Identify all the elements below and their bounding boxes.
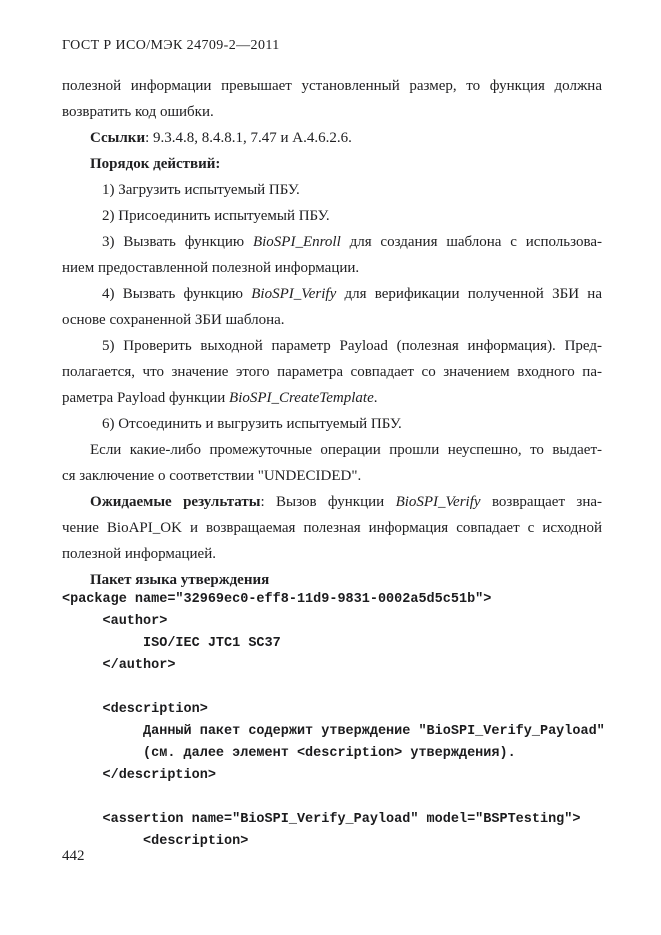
text-line: Если какие-либо промежуточные операции п…: [62, 437, 602, 463]
text-run: 5) Проверить выходной параметр Payload (…: [102, 338, 602, 354]
text-run: раметра Payload функции: [62, 390, 229, 406]
text-line: 5) Проверить выходной параметр Payload (…: [62, 333, 602, 359]
text-run: BioSPI_CreateTemplate: [229, 390, 374, 406]
code-line: <description>: [62, 831, 622, 853]
paragraph-expected-results: Ожидаемые результаты: Вызов функции BioS…: [62, 489, 602, 567]
text-line: полезной информации превышает установлен…: [62, 73, 602, 99]
text-run: Данный пакет содержит утверждение "BioSP…: [62, 724, 605, 739]
assertion-code-block: <package name="32969ec0-eff8-11d9-9831-0…: [62, 589, 622, 853]
text-run: Если какие-либо промежуточные операции п…: [90, 442, 602, 458]
text-run: полезной информацией.: [62, 546, 216, 562]
text-line: 4) Вызвать функцию BioSPI_Verify для вер…: [62, 281, 602, 307]
code-line: <description>: [62, 699, 622, 721]
text-run: для верификации полученной ЗБИ на: [336, 286, 602, 302]
list-item-4: 4) Вызвать функцию BioSPI_Verify для вер…: [62, 281, 602, 333]
text-run: 3) Вызвать функцию: [102, 234, 253, 250]
text-run: основе сохраненной ЗБИ шаблона.: [62, 312, 285, 328]
text-run: BioSPI_Verify: [251, 286, 336, 302]
text-run: чение BioAPI_OK и возвращаемая полезная …: [62, 520, 602, 536]
text-line: Ссылки: 9.3.4.8, 8.4.8.1, 7.47 и А.4.6.2…: [62, 125, 602, 151]
text-run: Порядок действий:: [90, 156, 220, 172]
code-line: <author>: [62, 611, 622, 633]
code-line: [62, 677, 622, 699]
text-run: <package name="32969ec0-eff8-11d9-9831-0…: [62, 592, 491, 607]
text-line: 1) Загрузить испытуемый ПБУ.: [62, 177, 602, 203]
text-line: нием предоставленной полезной информации…: [62, 255, 602, 281]
text-run: </author>: [62, 658, 175, 673]
text-run: BioSPI_Enroll: [253, 234, 341, 250]
text-line: ся заключение о соответствии "UNDECIDED"…: [62, 463, 602, 489]
text-line: полезной информацией.: [62, 541, 602, 567]
list-item-5: 5) Проверить выходной параметр Payload (…: [62, 333, 602, 411]
text-run: BioSPI_Verify: [396, 494, 481, 510]
text-run: <author>: [62, 614, 167, 629]
text-line: Порядок действий:: [62, 151, 602, 177]
code-line: [62, 787, 622, 809]
text-run: полезной информации превышает установлен…: [62, 78, 602, 94]
text-run: ся заключение о соответствии "UNDECIDED"…: [62, 468, 361, 484]
text-run: .: [374, 390, 378, 406]
text-run: Пакет языка утверждения: [90, 572, 269, 588]
text-line: Ожидаемые результаты: Вызов функции BioS…: [62, 489, 602, 515]
paragraph-references: Ссылки: 9.3.4.8, 8.4.8.1, 7.47 и А.4.6.2…: [62, 125, 602, 151]
text-run: <assertion name="BioSPI_Verify_Payload" …: [62, 812, 580, 827]
text-run: 6) Отсоединить и выгрузить испытуемый ПБ…: [102, 416, 402, 432]
text-line: 3) Вызвать функцию BioSPI_Enroll для соз…: [62, 229, 602, 255]
code-line: <assertion name="BioSPI_Verify_Payload" …: [62, 809, 622, 831]
text-run: <description>: [62, 702, 208, 717]
text-run: 1) Загрузить испытуемый ПБУ.: [102, 182, 300, 198]
code-line: </description>: [62, 765, 622, 787]
code-line: ISO/IEC JTC1 SC37: [62, 633, 622, 655]
text-run: ISO/IEC JTC1 SC37: [62, 636, 281, 651]
text-line: полагается, что значение этого параметра…: [62, 359, 602, 385]
text-run: Ссылки: [90, 130, 145, 146]
paragraph-error-code: полезной информации превышает установлен…: [62, 73, 602, 125]
text-run: полагается, что значение этого параметра…: [62, 364, 602, 380]
text-run: : 9.3.4.8, 8.4.8.1, 7.47 и А.4.6.2.6.: [145, 130, 352, 146]
text-line: раметра Payload функции BioSPI_CreateTem…: [62, 385, 602, 411]
text-line: 2) Присоединить испытуемый ПБУ.: [62, 203, 602, 229]
text-run: возвращает зна-: [481, 494, 602, 510]
text-line: возвратить код ошибки.: [62, 99, 602, 125]
standard-designation: ГОСТ Р ИСО/МЭК 24709-2—2011: [62, 38, 280, 54]
list-item-3: 3) Вызвать функцию BioSPI_Enroll для соз…: [62, 229, 602, 281]
text-run: нием предоставленной полезной информации…: [62, 260, 359, 276]
list-item-1: 1) Загрузить испытуемый ПБУ.: [62, 177, 602, 203]
document-body: полезной информации превышает установлен…: [62, 73, 602, 593]
text-run: для создания шаблона с использова-: [341, 234, 602, 250]
text-run: возвратить код ошибки.: [62, 104, 214, 120]
text-run: 2) Присоединить испытуемый ПБУ.: [102, 208, 330, 224]
code-line: <package name="32969ec0-eff8-11d9-9831-0…: [62, 589, 622, 611]
text-line: чение BioAPI_OK и возвращаемая полезная …: [62, 515, 602, 541]
text-line: 6) Отсоединить и выгрузить испытуемый ПБ…: [62, 411, 602, 437]
text-run: 4) Вызвать функцию: [102, 286, 251, 302]
code-line: (см. далее элемент <description> утвержд…: [62, 743, 622, 765]
text-run: Ожидаемые результаты: [90, 494, 260, 510]
page-number: 442: [62, 848, 85, 865]
text-run: <description>: [62, 834, 248, 849]
heading-procedure: Порядок действий:: [62, 151, 602, 177]
list-item-6: 6) Отсоединить и выгрузить испытуемый ПБ…: [62, 411, 602, 437]
code-line: </author>: [62, 655, 622, 677]
text-run: </description>: [62, 768, 216, 783]
text-run: : Вызов функции: [260, 494, 395, 510]
document-page: ГОСТ Р ИСО/МЭК 24709-2—2011 полезной инф…: [0, 0, 661, 935]
text-run: (см. далее элемент <description> утвержд…: [62, 746, 516, 761]
code-line: Данный пакет содержит утверждение "BioSP…: [62, 721, 622, 743]
paragraph-undecided: Если какие-либо промежуточные операции п…: [62, 437, 602, 489]
text-line: основе сохраненной ЗБИ шаблона.: [62, 307, 602, 333]
list-item-2: 2) Присоединить испытуемый ПБУ.: [62, 203, 602, 229]
